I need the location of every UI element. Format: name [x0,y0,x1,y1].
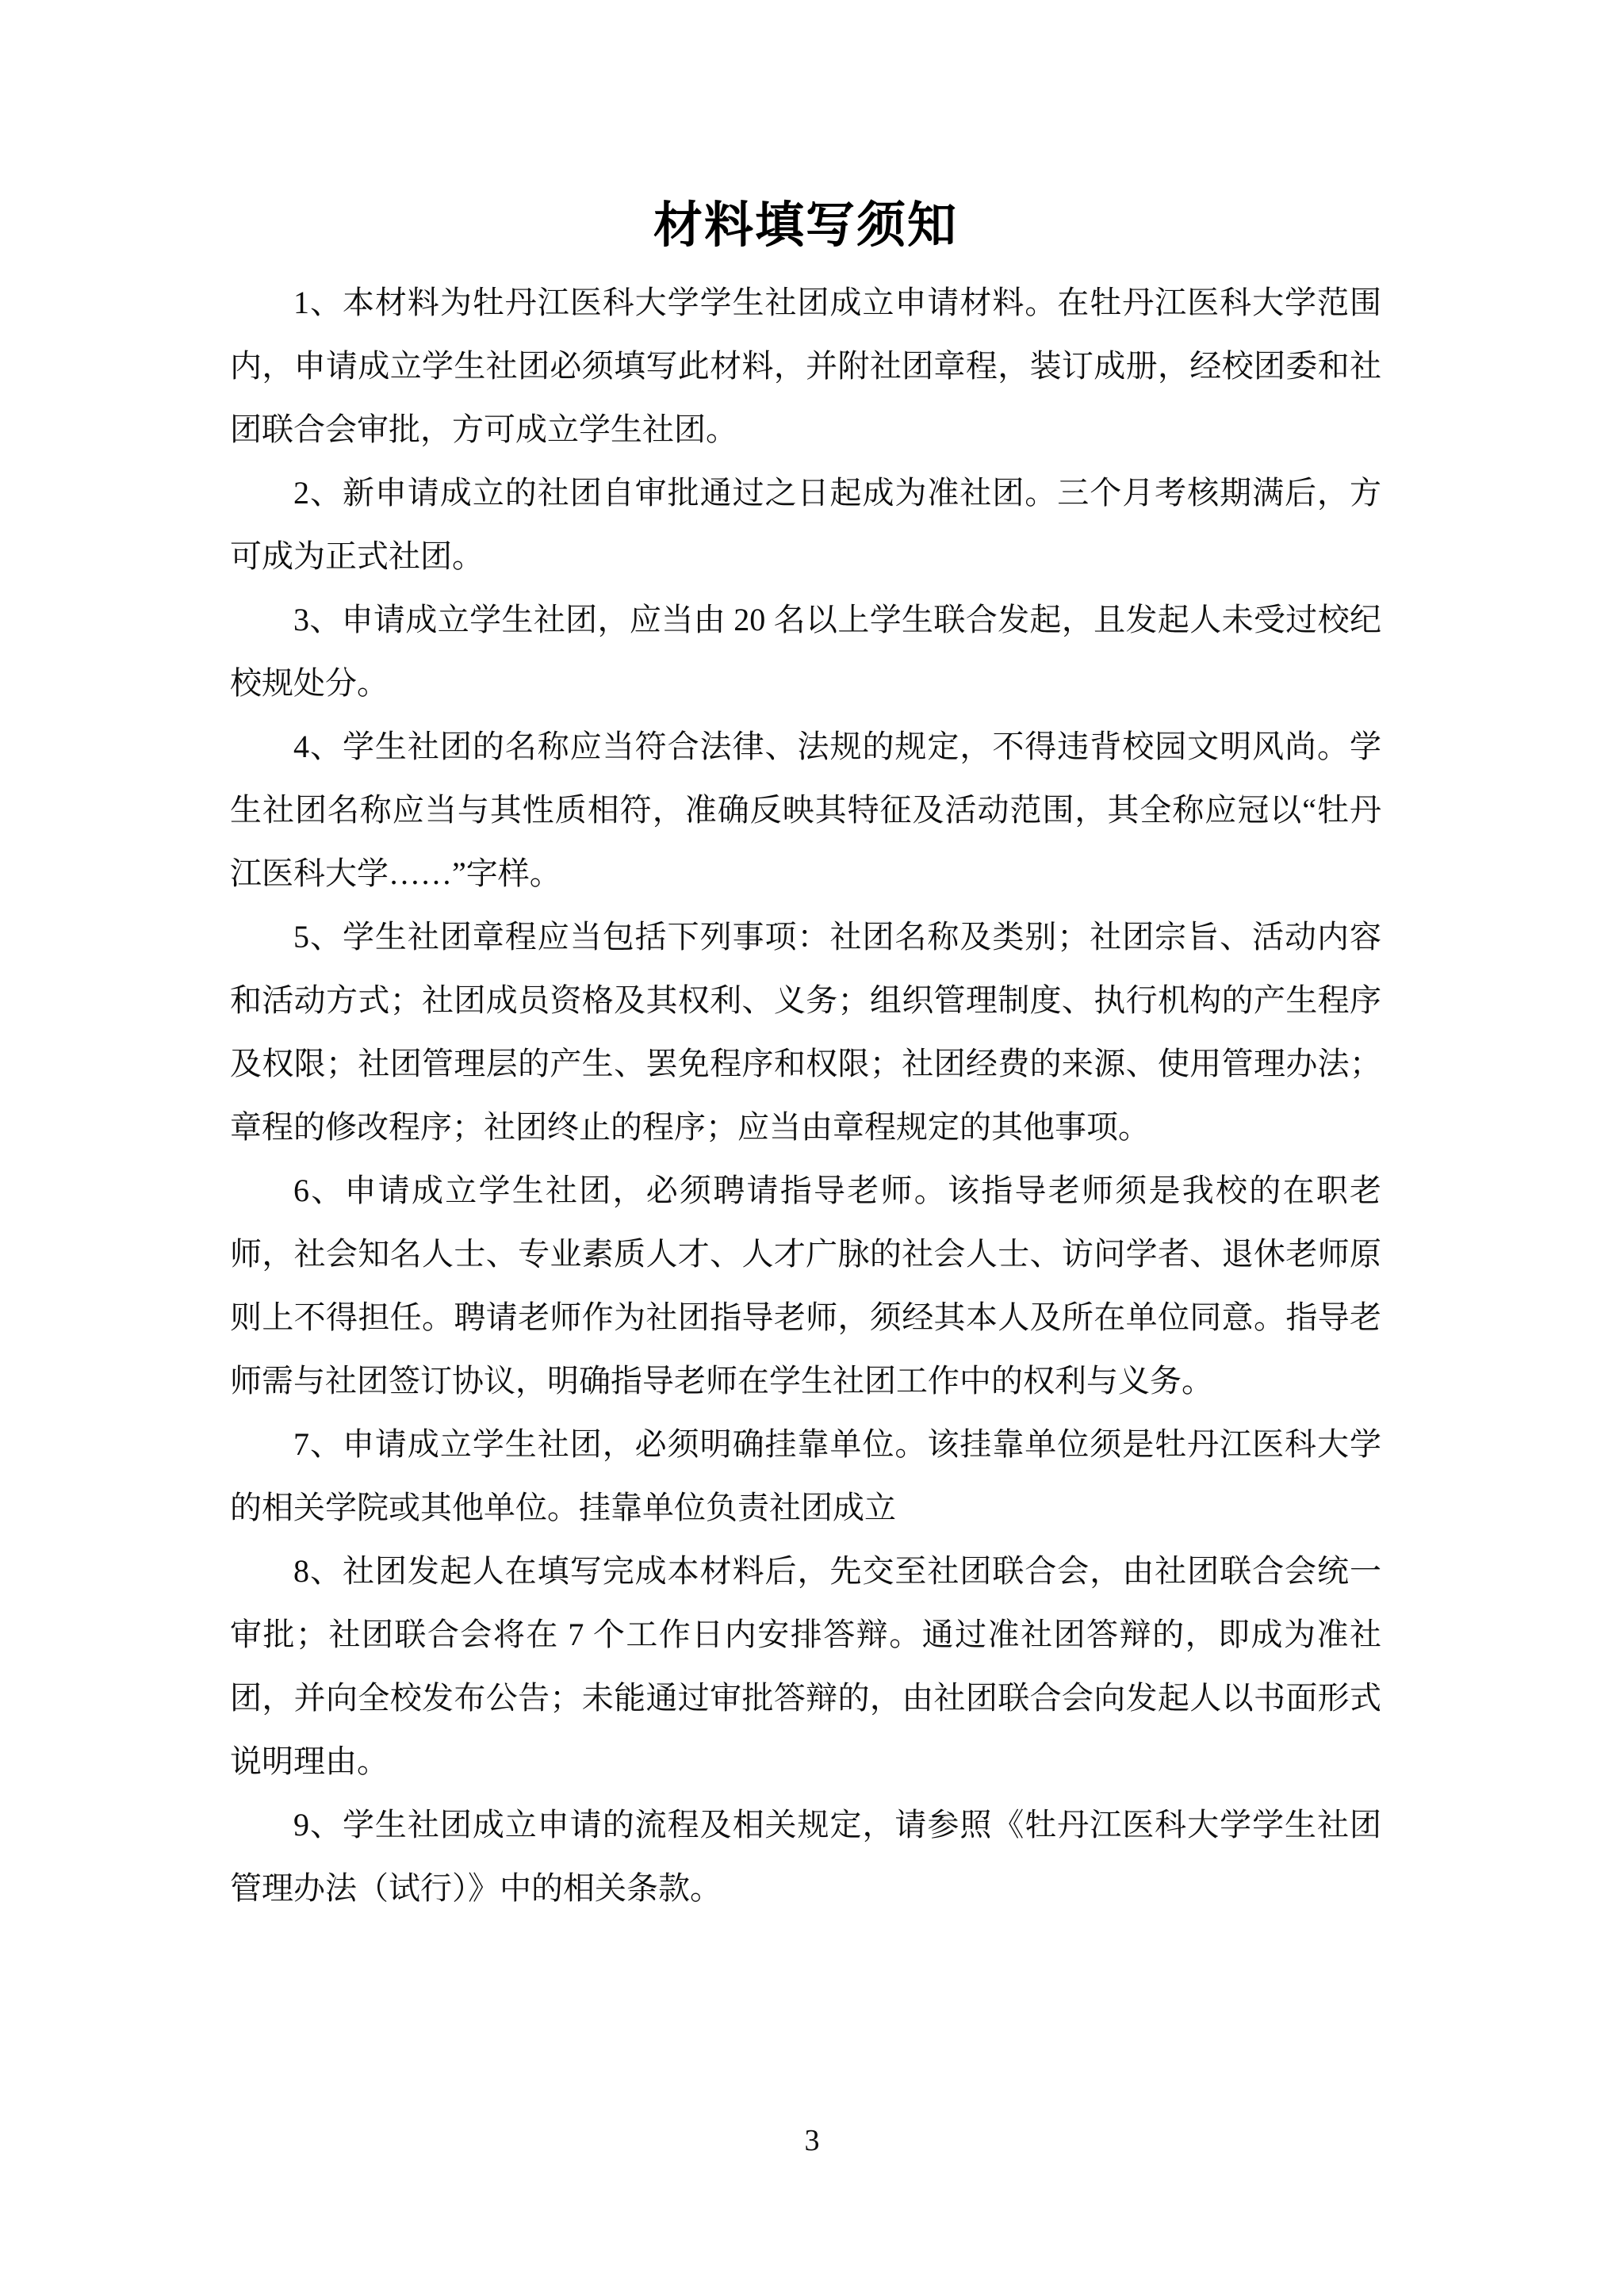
page-number: 3 [0,2123,1624,2158]
paragraph: 4、学生社团的名称应当符合法律、法规的规定，不得违背校园文明风尚。学生社团名称应… [230,715,1381,905]
document-body: 1、本材料为牡丹江医科大学学生社团成立申请材料。在牡丹江医科大学范围内，申请成立… [230,271,1381,1920]
paragraph: 9、学生社团成立申请的流程及相关规定，请参照《牡丹江医科大学学生社团管理办法（试… [230,1793,1381,1920]
paragraph: 8、社团发起人在填写完成本材料后，先交至社团联合会，由社团联合会统一审批；社团联… [230,1540,1381,1793]
page-title: 材料填写须知 [230,197,1381,255]
paragraph: 6、申请成立学生社团，必须聘请指导老师。该指导老师须是我校的在职老师，社会知名人… [230,1159,1381,1413]
paragraph: 3、申请成立学生社团，应当由 20 名以上学生联合发起，且发起人未受过校纪校规处… [230,588,1381,715]
paragraph: 1、本材料为牡丹江医科大学学生社团成立申请材料。在牡丹江医科大学范围内，申请成立… [230,271,1381,461]
paragraph: 7、申请成立学生社团，必须明确挂靠单位。该挂靠单位须是牡丹江医科大学的相关学院或… [230,1413,1381,1540]
paragraph: 2、新申请成立的社团自审批通过之日起成为准社团。三个月考核期满后，方可成为正式社… [230,461,1381,588]
document-page: 材料填写须知 1、本材料为牡丹江医科大学学生社团成立申请材料。在牡丹江医科大学范… [0,0,1624,2296]
paragraph: 5、学生社团章程应当包括下列事项：社团名称及类别；社团宗旨、活动内容和活动方式；… [230,905,1381,1159]
